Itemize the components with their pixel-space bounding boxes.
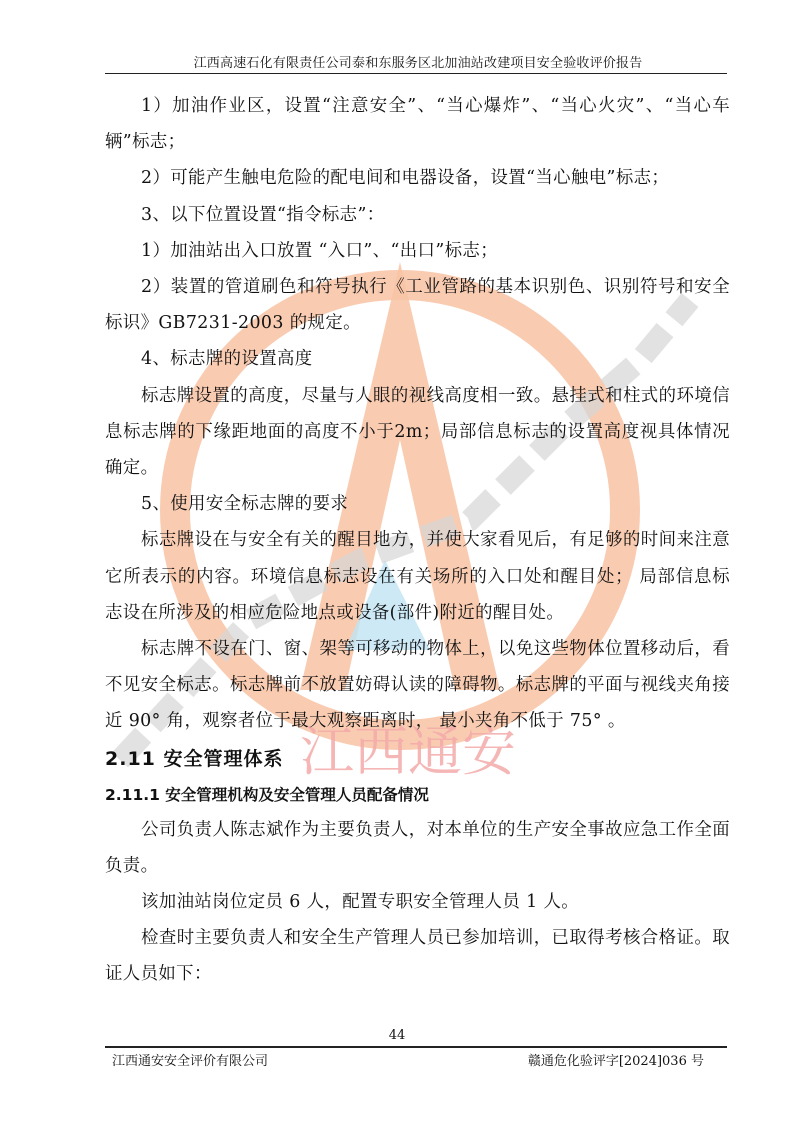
- paragraph: 标志牌设置的高度，尽量与人眼的视线高度相一致。悬挂式和柱式的环境信息标志牌的下缘…: [105, 378, 730, 487]
- paragraph: 该加油站岗位定员 6 人，配置专职安全管理人员 1 人。: [105, 884, 730, 920]
- paragraph: 检查时主要负责人和安全生产管理人员已参加培训，已取得考核合格证。取证人员如下：: [105, 920, 730, 992]
- paragraph: 2）装置的管道刷色和符号执行《工业管路的基本识别色、识别符号和安全标识》GB72…: [105, 269, 730, 341]
- page-header-title: 江西高速石化有限责任公司泰和东服务区北加油站改建项目安全验收评价报告: [108, 52, 728, 71]
- paragraph: 1）加油站出入口放置 “入口”、“出口”标志；: [105, 233, 730, 269]
- page-number: 44: [0, 1028, 794, 1043]
- document-body: 1）加油作业区，设置“注意安全”、“当心爆炸”、“当心火灾”、“当心车辆”标志；…: [105, 88, 730, 993]
- paragraph: 2）可能产生触电危险的配电间和电器设备，设置“当心触电”标志；: [105, 160, 730, 196]
- header-divider: [105, 73, 727, 74]
- section-heading: 2.11 安全管理体系: [105, 740, 730, 778]
- footer-company: 江西通安安全评价有限公司: [112, 1050, 268, 1069]
- paragraph: 1）加油作业区，设置“注意安全”、“当心爆炸”、“当心火灾”、“当心车辆”标志；: [105, 88, 730, 160]
- footer-divider: [105, 1046, 727, 1048]
- paragraph: 公司负责人陈志斌作为主要负责人，对本单位的生产安全事故应急工作全面负责。: [105, 812, 730, 884]
- footer-doc-number: 赣通危化验评字[2024]036 号: [528, 1050, 704, 1069]
- paragraph: 标志牌设在与安全有关的醒目地方，并使大家看见后，有足够的时间来注意它所表示的内容…: [105, 522, 730, 631]
- paragraph: 3、以下位置设置“指令标志”：: [105, 197, 730, 233]
- paragraph: 标志牌不设在门、窗、架等可移动的物体上，以免这些物体位置移动后，看不见安全标志。…: [105, 631, 730, 740]
- subsection-heading: 2.11.1 安全管理机构及安全管理人员配备情况: [105, 778, 730, 812]
- paragraph: 5、使用安全标志牌的要求: [105, 486, 730, 522]
- paragraph: 4、标志牌的设置高度: [105, 341, 730, 377]
